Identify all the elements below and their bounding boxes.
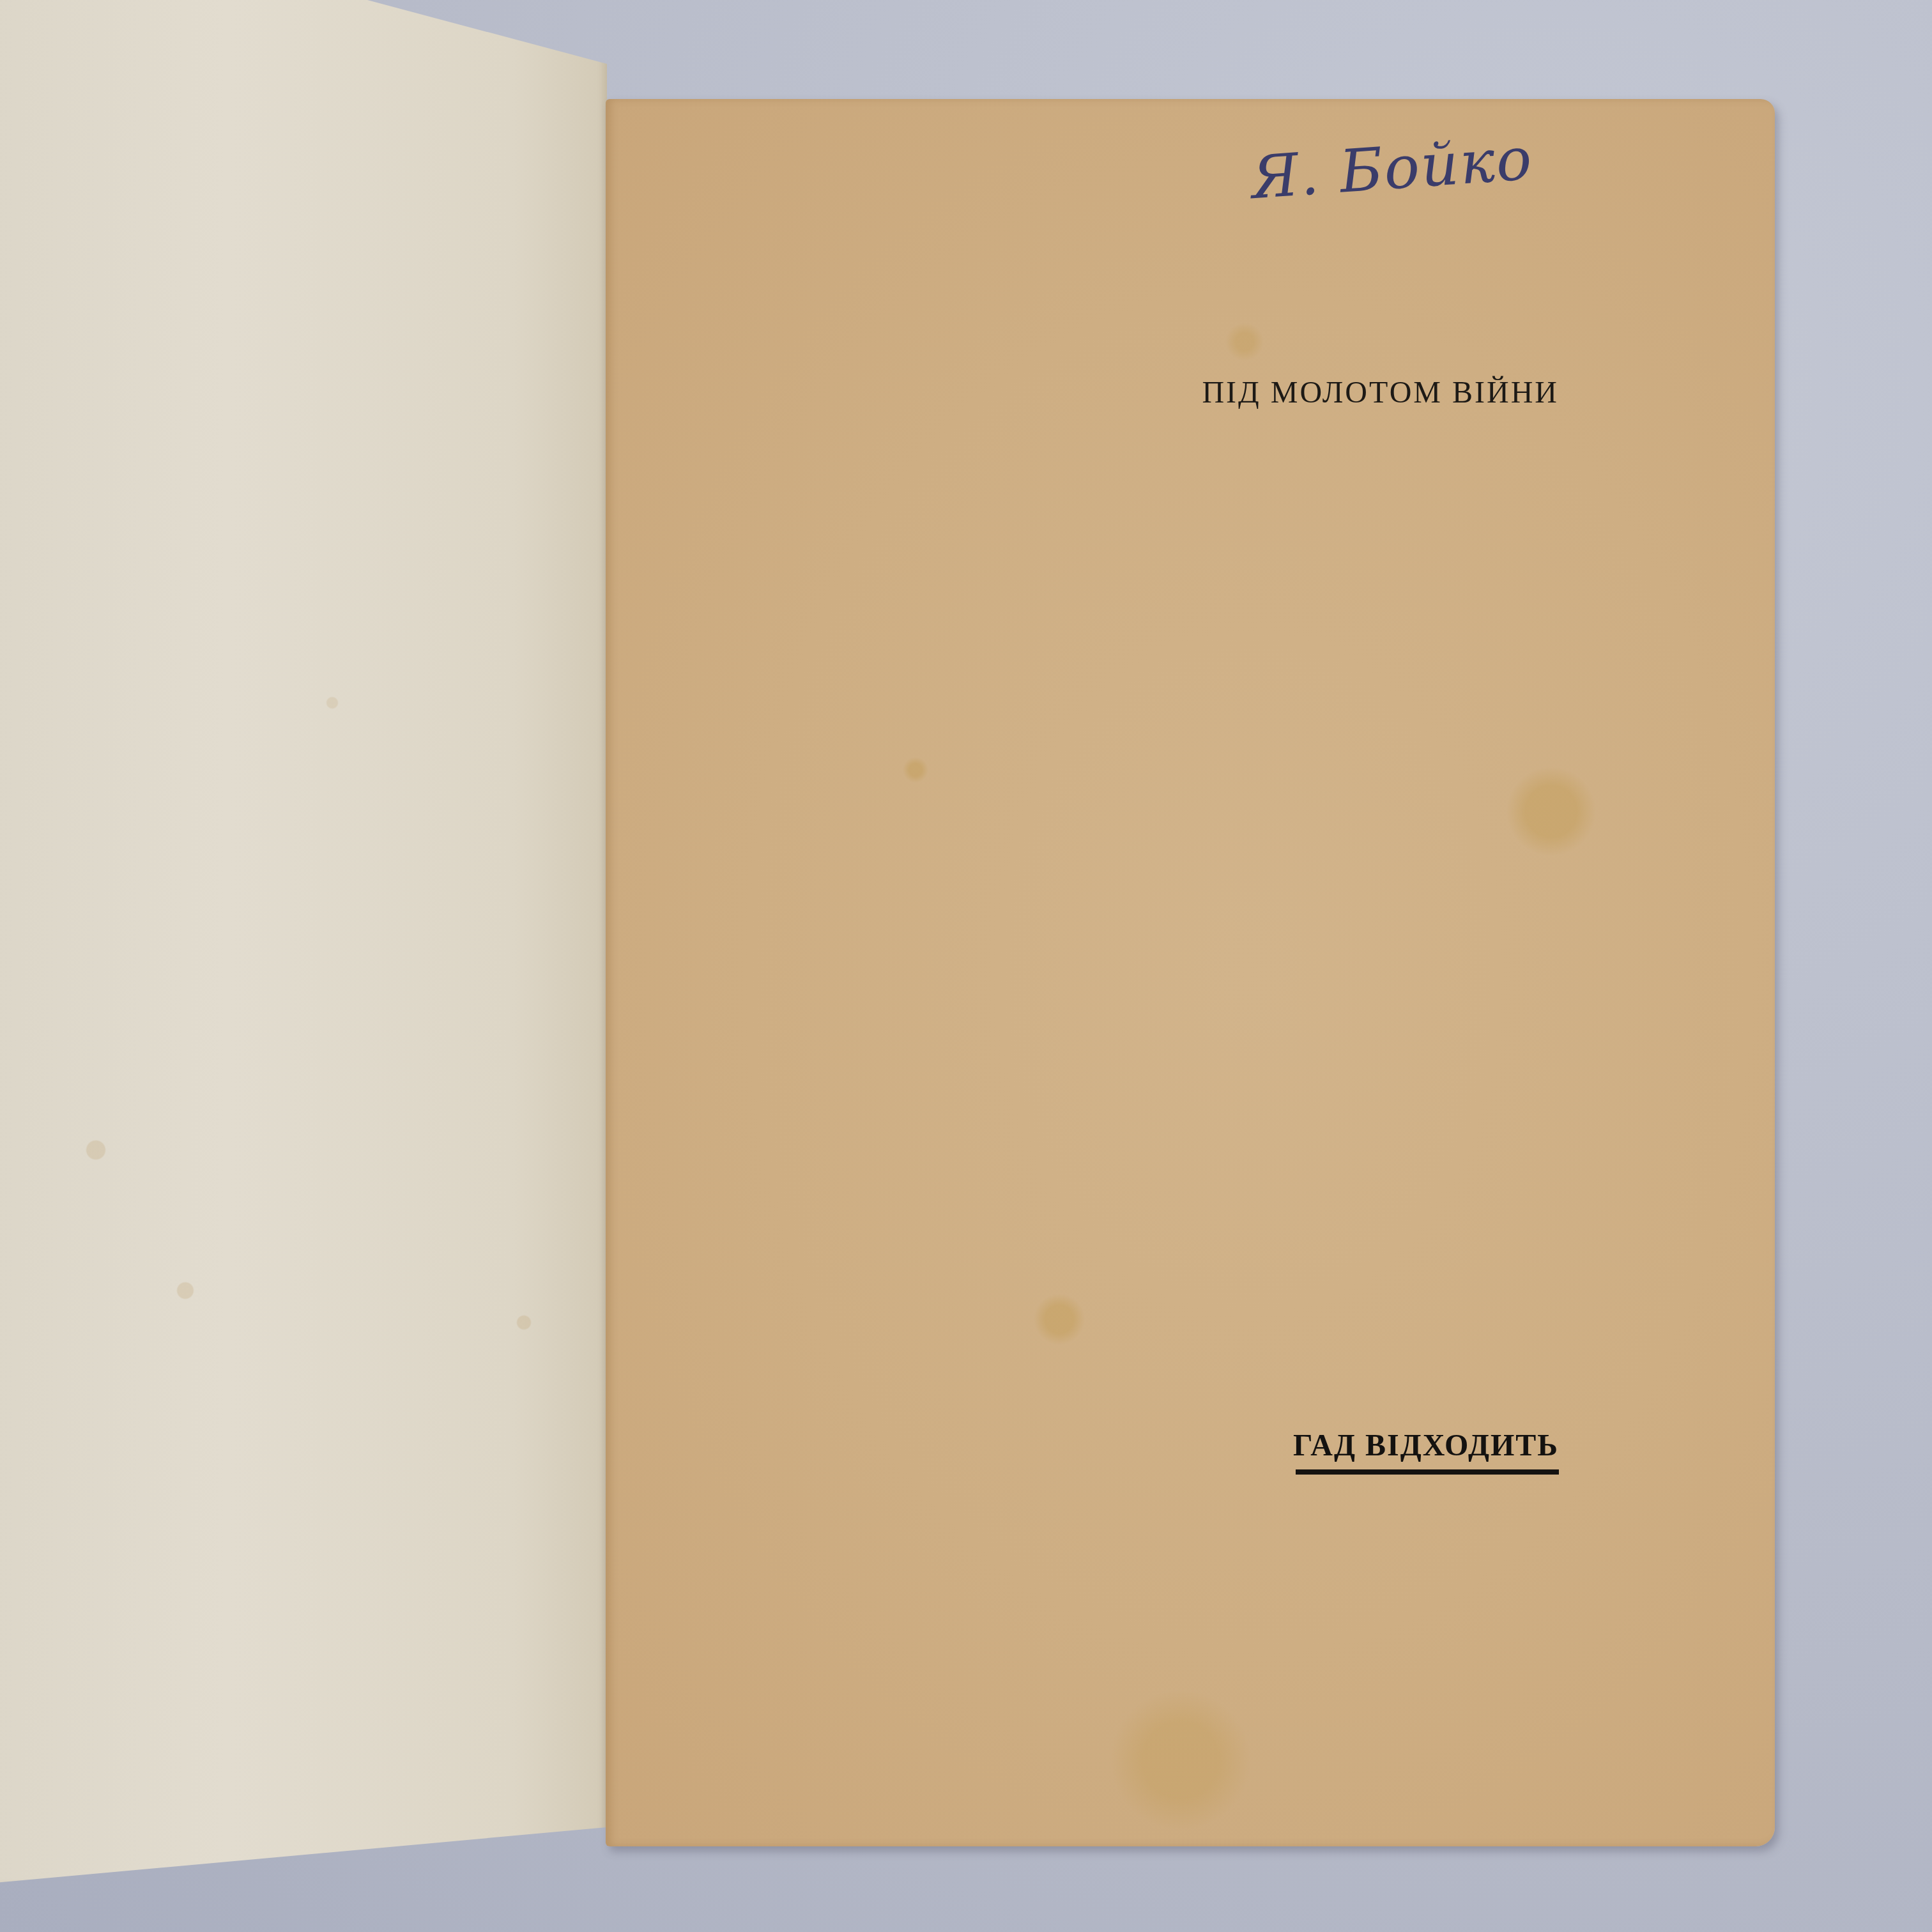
series-title: ПІД МОЛОТОМ ВІЙНИ <box>1202 375 1559 410</box>
left-flyleaf-page <box>0 0 607 1885</box>
book-title: ГАД ВІДХОДИТЬ <box>1293 1428 1559 1463</box>
handwritten-signature: Я. Бойко <box>1249 125 1535 213</box>
title-underline-rule <box>1296 1469 1559 1475</box>
title-page: Я. Бойко ПІД МОЛОТОМ ВІЙНИ ГАД ВІДХОДИТЬ <box>606 99 1775 1846</box>
book-title-block: ГАД ВІДХОДИТЬ <box>1293 1428 1559 1475</box>
